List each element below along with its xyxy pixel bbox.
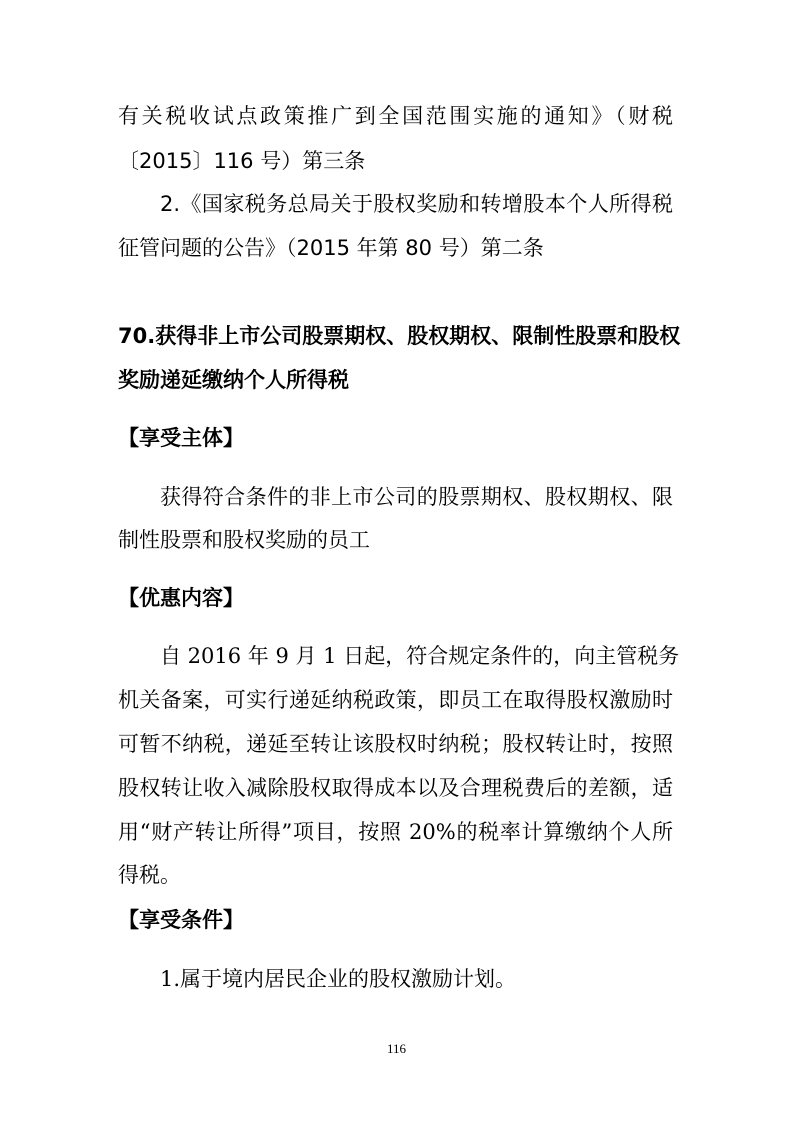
text-line: 获得符合条件的非上市公司的股票期权、股权期权、限 [160,484,673,510]
text-line: 可暂不纳税，递延至转让该股权时纳税；股权转让时，按照 [118,731,673,757]
text-line: 制性股票和股权奖励的员工 [118,527,370,553]
text-line: 有关税收试点政策推广到全国范围实施的通知》（财税 [118,103,673,129]
subsection-heading: 【享受条件】 [118,907,244,933]
text-line: 〔2015〕116 号）第三条 [118,148,365,174]
text-line: 股权转让收入减除股权取得成本以及合理税费后的差额，适 [118,775,673,801]
text-line: 征管问题的公告》（2015 年第 80 号）第二条 [118,235,544,261]
text-line: 机关备案，可实行递延纳税政策，即员工在取得股权激励时 [118,687,673,713]
page-number: 116 [0,1041,793,1057]
section-title-line: 奖励递延缴纳个人所得税 [118,367,349,393]
text-line: 1.属于境内居民企业的股权激励计划。 [160,966,516,992]
text-line: 自 2016 年 9 月 1 日起，符合规定条件的，向主管税务 [160,643,673,669]
text-line: 用“财产转让所得”项目，按照 20%的税率计算缴纳个人所 [118,819,673,845]
subsection-heading: 【享受主体】 [118,425,244,451]
text-line: 2.《国家税务总局关于股权奖励和转增股本个人所得税 [160,191,673,217]
text-line: 得税。 [118,862,181,888]
subsection-heading: 【优惠内容】 [118,585,244,611]
section-title-line: 70.获得非上市公司股票期权、股权期权、限制性股票和股权 [118,323,673,349]
